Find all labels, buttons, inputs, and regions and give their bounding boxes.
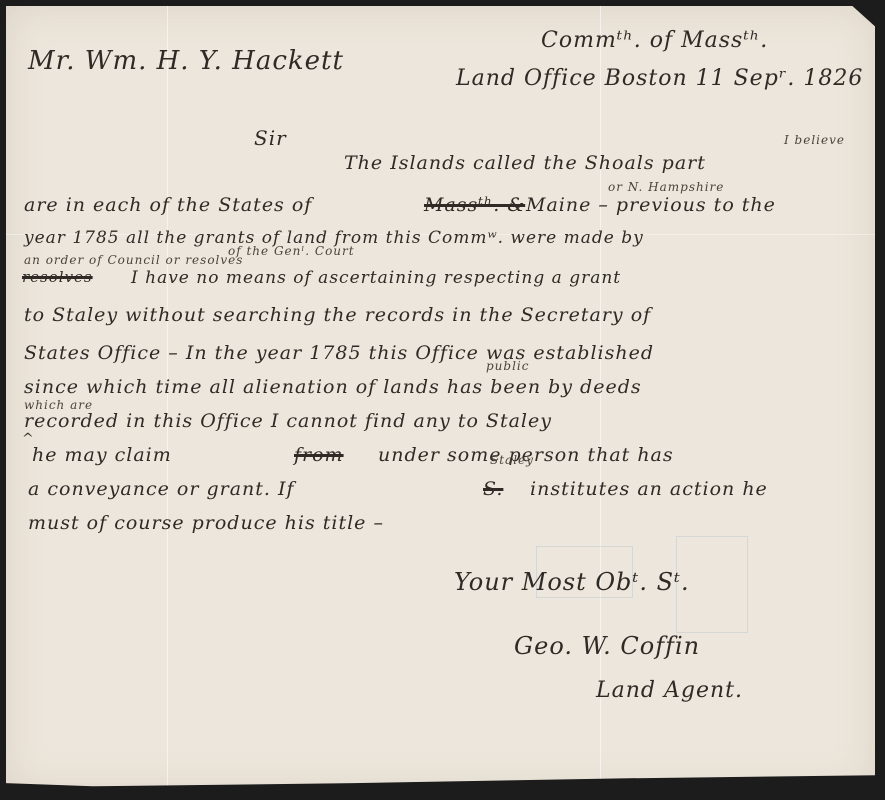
addressee: Mr. Wm. H. Y. Hackett <box>28 46 344 76</box>
insertion-nhampshire: or N. Hampshire <box>608 180 724 194</box>
body-line-12: must of course produce his title – <box>28 512 384 534</box>
insertion-public: public <box>486 359 530 373</box>
body-line-8: since which time all alienation of lands… <box>24 376 642 398</box>
insertion-council: of the Genˡ. Court <box>228 244 355 258</box>
closing: Your Most Obᵗ. Sᵗ. <box>454 568 690 596</box>
insertion-believe: I believe <box>784 133 845 147</box>
insertion-staley: Staley <box>490 453 534 467</box>
body-line-2: are in each of the States of <box>24 194 312 216</box>
body-line-6: to Staley without searching the records … <box>24 304 651 326</box>
fold-line <box>167 6 168 791</box>
body-line-2b: Maine – previous to the <box>526 194 776 216</box>
body-line-5: I have no means of ascertaining respecti… <box>131 268 621 288</box>
salutation: Sir <box>254 126 287 150</box>
signer-title: Land Agent. <box>596 678 743 703</box>
struck-text: from <box>294 444 344 466</box>
body-line-10: he may claim <box>32 444 172 466</box>
struck-text: Massᵗʰ. & <box>424 194 525 216</box>
fold-line <box>600 6 601 791</box>
struck-text: S. <box>483 478 503 500</box>
body-line-4: an order of Council or resolves <box>24 253 243 267</box>
header-place-date: Land Office Boston 11 Sepʳ. 1826 <box>456 66 863 91</box>
signature: Geo. W. Coffin <box>514 632 700 660</box>
body-line-9: recorded in this Office I cannot find an… <box>24 410 552 432</box>
body-line-11b: institutes an action he <box>530 478 768 500</box>
body-line-11: a conveyance or grant. If <box>28 478 295 500</box>
body-line-1: The Islands called the Shoals part <box>344 152 706 174</box>
struck-text: resolves <box>22 268 93 286</box>
body-line-7: States Office – In the year 1785 this Of… <box>24 342 654 364</box>
letter-paper: Mr. Wm. H. Y. Hackett Commᵗʰ. of Massᵗʰ.… <box>6 6 875 791</box>
header-commonwealth: Commᵗʰ. of Massᵗʰ. <box>541 28 768 53</box>
